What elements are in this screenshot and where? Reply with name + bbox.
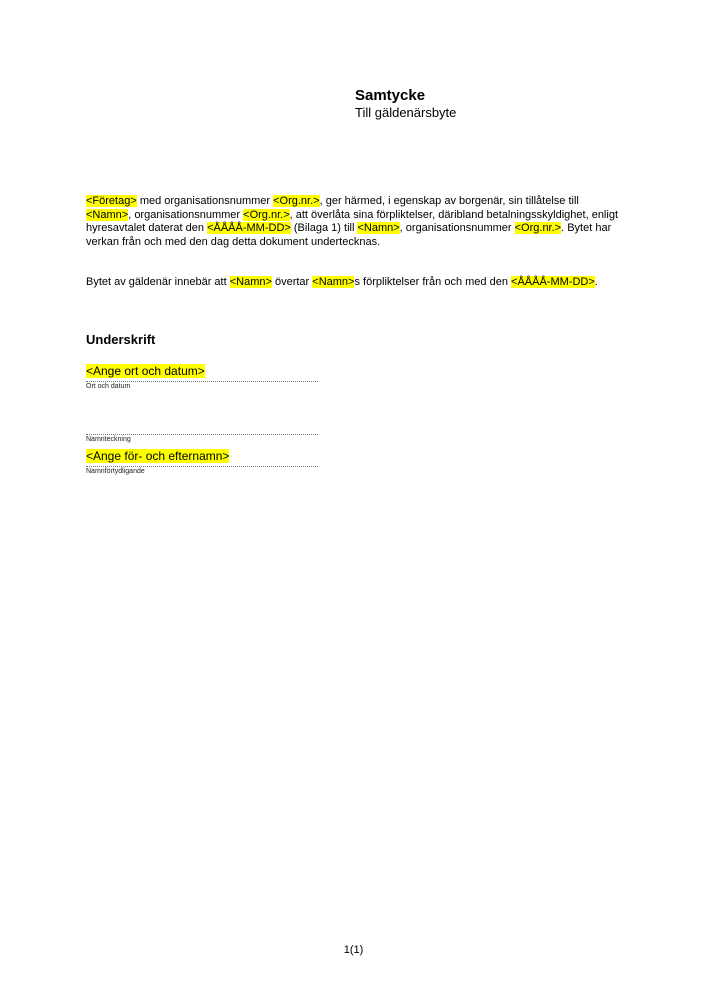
page-number: 1(1) (0, 944, 707, 956)
consent-paragraph: <Företag> med organisationsnummer <Org.n… (86, 195, 626, 249)
name-clarification-field: <Ange för- och efternamn> Namnförtydliga… (86, 447, 318, 476)
full-name-placeholder[interactable]: <Ange för- och efternamn> (86, 449, 229, 463)
name-placeholder[interactable]: <Namn> (312, 276, 354, 288)
place-date-field: <Ange ort och datum> Ort och datum (86, 362, 318, 391)
signature-field: Namnteckning (86, 433, 318, 444)
date-placeholder[interactable]: <ÅÅÅÅ-MM-DD> (511, 276, 595, 288)
signature-label: Namnteckning (86, 435, 318, 444)
place-date-placeholder[interactable]: <Ange ort och datum> (86, 364, 205, 378)
date-placeholder[interactable]: <ÅÅÅÅ-MM-DD> (207, 222, 291, 234)
name-clarification-label: Namnförtydligande (86, 467, 318, 476)
company-placeholder[interactable]: <Företag> (86, 195, 137, 207)
name-placeholder[interactable]: <Namn> (230, 276, 272, 288)
title-block: Samtycke Till gäldenärsbyte (355, 87, 456, 121)
place-date-label: Ort och datum (86, 382, 318, 391)
document-subtitle: Till gäldenärsbyte (355, 105, 456, 121)
org-nr-placeholder[interactable]: <Org.nr.> (273, 195, 319, 207)
name-placeholder[interactable]: <Namn> (86, 209, 128, 221)
name-placeholder[interactable]: <Namn> (357, 222, 399, 234)
org-nr-placeholder[interactable]: <Org.nr.> (243, 209, 289, 221)
signature-heading: Underskrift (86, 332, 155, 347)
document-title: Samtycke (355, 87, 456, 105)
org-nr-placeholder[interactable]: <Org.nr.> (515, 222, 561, 234)
debtor-change-paragraph: Bytet av gäldenär innebär att <Namn> öve… (86, 276, 626, 290)
